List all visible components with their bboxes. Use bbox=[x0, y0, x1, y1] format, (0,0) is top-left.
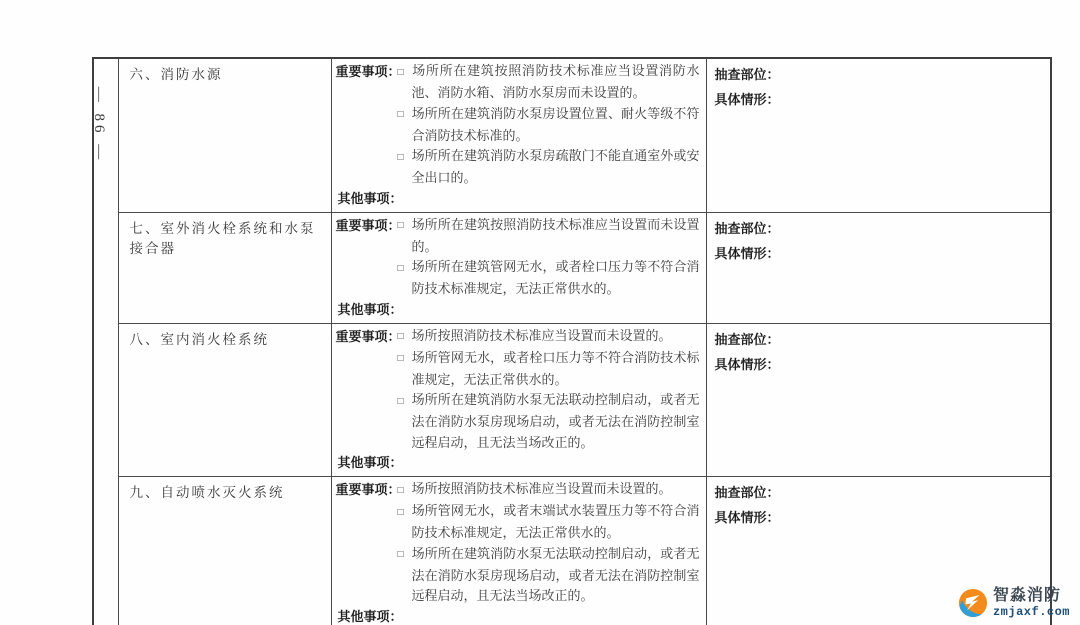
brand-swirl-icon bbox=[958, 588, 988, 618]
checkbox-icon: □ bbox=[398, 148, 412, 169]
checkbox-icon: □ bbox=[398, 392, 412, 413]
brand-site-url: zmjaxf.com bbox=[993, 606, 1070, 618]
important-items-label: 重要事项： bbox=[336, 215, 398, 236]
category-cell: 八、室内消火栓系统 bbox=[118, 323, 331, 477]
checkbox-icon: □ bbox=[398, 481, 412, 502]
checkbox-icon: □ bbox=[398, 105, 412, 126]
checklist-item: □场所所在建筑按照消防技术标准应当设置消防水池、消防水箱、消防水泵房而未设置的。 bbox=[398, 61, 700, 104]
site-logo[interactable]: 智淼消防 zmjaxf.com bbox=[958, 588, 1070, 618]
checkbox-icon: □ bbox=[398, 63, 412, 84]
checklist-item: □场所所在建筑管网无水，或者栓口压力等不符合消防技术标准规定，无法正常供水的。 bbox=[398, 257, 700, 300]
important-items-list: □场所按照消防技术标准应当设置而未设置的。 □场所管网无水，或者末端试水装置压力… bbox=[398, 479, 702, 607]
document-sheet: — 86 — 六、消防水源 重要事项： □场所所在建筑按照消防技术标准应当设置消… bbox=[0, 0, 1080, 625]
checklist-item-text: 场所按照消防技术标准应当设置而未设置的。 bbox=[412, 328, 672, 343]
checkbox-icon: □ bbox=[398, 349, 412, 370]
spot-check-label: 抽查部位： bbox=[715, 216, 1043, 241]
detail-label: 具体情形： bbox=[715, 87, 1043, 112]
important-items-list: □场所所在建筑按照消防技术标准应当设置消防水池、消防水箱、消防水泵房而未设置的。… bbox=[398, 61, 702, 189]
checklist-item-text: 场所所在建筑消防水泵房设置位置、耐火等级不符合消防技术标准的。 bbox=[412, 106, 700, 143]
checklist-item: □场所管网无水，或者末端试水装置压力等不符合消防技术标准规定，无法正常供水的。 bbox=[398, 501, 700, 544]
checklist-item-text: 场所所在建筑按照消防技术标准应当设置消防水池、消防水箱、消防水泵房而未设置的。 bbox=[412, 63, 700, 100]
checklist-item: □场所所在建筑消防水泵无法联动控制启动，或者无法在消防水泵房现场启动，或者无法在… bbox=[398, 390, 700, 453]
checkbox-icon: □ bbox=[398, 503, 412, 524]
items-cell: 重要事项： □场所按照消防技术标准应当设置而未设置的。 □场所管网无水，或者末端… bbox=[331, 477, 706, 625]
important-items-list: □场所按照消防技术标准应当设置而未设置的。 □场所管网无水，或者栓口压力等不符合… bbox=[398, 326, 702, 454]
table-row: 八、室内消火栓系统 重要事项： □场所按照消防技术标准应当设置而未设置的。 □场… bbox=[93, 323, 1051, 477]
important-items-label: 重要事项： bbox=[336, 326, 398, 347]
checklist-item: □场所所在建筑消防水泵房疏散门不能直通室外或安全出口的。 bbox=[398, 146, 700, 189]
brand-name: 智淼消防 bbox=[993, 588, 1070, 604]
table-row: 七、室外消火栓系统和水泵接合器 重要事项： □场所所在建筑按照消防技术标准应当设… bbox=[93, 212, 1051, 323]
category-label: 九、自动喷水灭火系统 bbox=[130, 485, 285, 500]
category-cell: 七、室外消火栓系统和水泵接合器 bbox=[118, 212, 331, 323]
checklist-item: □场所所在建筑消防水泵房设置位置、耐火等级不符合消防技术标准的。 bbox=[398, 104, 700, 147]
checklist-item-text: 场所所在建筑管网无水，或者栓口压力等不符合消防技术标准规定，无法正常供水的。 bbox=[412, 259, 700, 296]
checklist-item: □场所所在建筑消防水泵无法联动控制启动，或者无法在消防水泵房现场启动，或者无法在… bbox=[398, 544, 700, 607]
checklist-item: □场所按照消防技术标准应当设置而未设置的。 bbox=[398, 479, 700, 501]
checklist-item-text: 场所所在建筑消防水泵房疏散门不能直通室外或安全出口的。 bbox=[412, 148, 700, 185]
detail-label: 具体情形： bbox=[715, 352, 1043, 377]
category-cell: 九、自动喷水灭火系统 bbox=[118, 477, 331, 625]
table-row: 九、自动喷水灭火系统 重要事项： □场所按照消防技术标准应当设置而未设置的。 □… bbox=[93, 477, 1051, 625]
items-cell: 重要事项： □场所按照消防技术标准应当设置而未设置的。 □场所管网无水，或者栓口… bbox=[331, 323, 706, 477]
inspection-cell: 抽查部位： 具体情形： bbox=[706, 58, 1051, 212]
other-items-label: 其他事项： bbox=[336, 300, 702, 321]
important-items-label: 重要事项： bbox=[336, 479, 398, 500]
checkbox-icon: □ bbox=[398, 216, 412, 237]
left-spacer-cell bbox=[93, 58, 118, 625]
inspection-table: 六、消防水源 重要事项： □场所所在建筑按照消防技术标准应当设置消防水池、消防水… bbox=[92, 57, 1052, 625]
inspection-cell: 抽查部位： 具体情形： bbox=[706, 323, 1051, 477]
checkbox-icon: □ bbox=[398, 545, 412, 566]
other-items-label: 其他事项： bbox=[336, 189, 702, 210]
checklist-item-text: 场所按照消防技术标准应当设置而未设置的。 bbox=[412, 481, 672, 496]
category-cell: 六、消防水源 bbox=[118, 58, 331, 212]
category-label: 七、室外消火栓系统和水泵接合器 bbox=[130, 221, 316, 256]
category-label: 六、消防水源 bbox=[130, 67, 223, 82]
checklist-item-text: 场所管网无水，或者末端试水装置压力等不符合消防技术标准规定，无法正常供水的。 bbox=[412, 503, 700, 540]
checklist-item: □场所所在建筑按照消防技术标准应当设置而未设置的。 bbox=[398, 215, 700, 258]
spot-check-label: 抽查部位： bbox=[715, 327, 1043, 352]
items-cell: 重要事项： □场所所在建筑按照消防技术标准应当设置而未设置的。 □场所所在建筑管… bbox=[331, 212, 706, 323]
checkbox-icon: □ bbox=[398, 259, 412, 280]
checklist-item: □场所管网无水，或者栓口压力等不符合消防技术标准规定，无法正常供水的。 bbox=[398, 348, 700, 391]
important-items-label: 重要事项： bbox=[336, 61, 398, 82]
spot-check-label: 抽查部位： bbox=[715, 480, 1043, 505]
other-items-label: 其他事项： bbox=[336, 453, 702, 474]
checklist-item: □场所按照消防技术标准应当设置而未设置的。 bbox=[398, 326, 700, 348]
items-cell: 重要事项： □场所所在建筑按照消防技术标准应当设置消防水池、消防水箱、消防水泵房… bbox=[331, 58, 706, 212]
detail-label: 具体情形： bbox=[715, 505, 1043, 530]
checklist-item-text: 场所所在建筑消防水泵无法联动控制启动，或者无法在消防水泵房现场启动，或者无法在消… bbox=[412, 546, 700, 604]
brand-text: 智淼消防 zmjaxf.com bbox=[993, 588, 1070, 618]
detail-label: 具体情形： bbox=[715, 241, 1043, 266]
checklist-item-text: 场所所在建筑消防水泵无法联动控制启动，或者无法在消防水泵房现场启动，或者无法在消… bbox=[412, 392, 700, 450]
category-label: 八、室内消火栓系统 bbox=[130, 332, 270, 347]
inspection-cell: 抽查部位： 具体情形： bbox=[706, 212, 1051, 323]
checkbox-icon: □ bbox=[398, 327, 412, 348]
checklist-item-text: 场所管网无水，或者栓口压力等不符合消防技术标准规定，无法正常供水的。 bbox=[412, 350, 700, 387]
checklist-item-text: 场所所在建筑按照消防技术标准应当设置而未设置的。 bbox=[412, 217, 700, 254]
other-items-label: 其他事项： bbox=[336, 607, 702, 625]
spot-check-label: 抽查部位： bbox=[715, 62, 1043, 87]
important-items-list: □场所所在建筑按照消防技术标准应当设置而未设置的。 □场所所在建筑管网无水，或者… bbox=[398, 215, 702, 300]
table-row: 六、消防水源 重要事项： □场所所在建筑按照消防技术标准应当设置消防水池、消防水… bbox=[93, 58, 1051, 212]
